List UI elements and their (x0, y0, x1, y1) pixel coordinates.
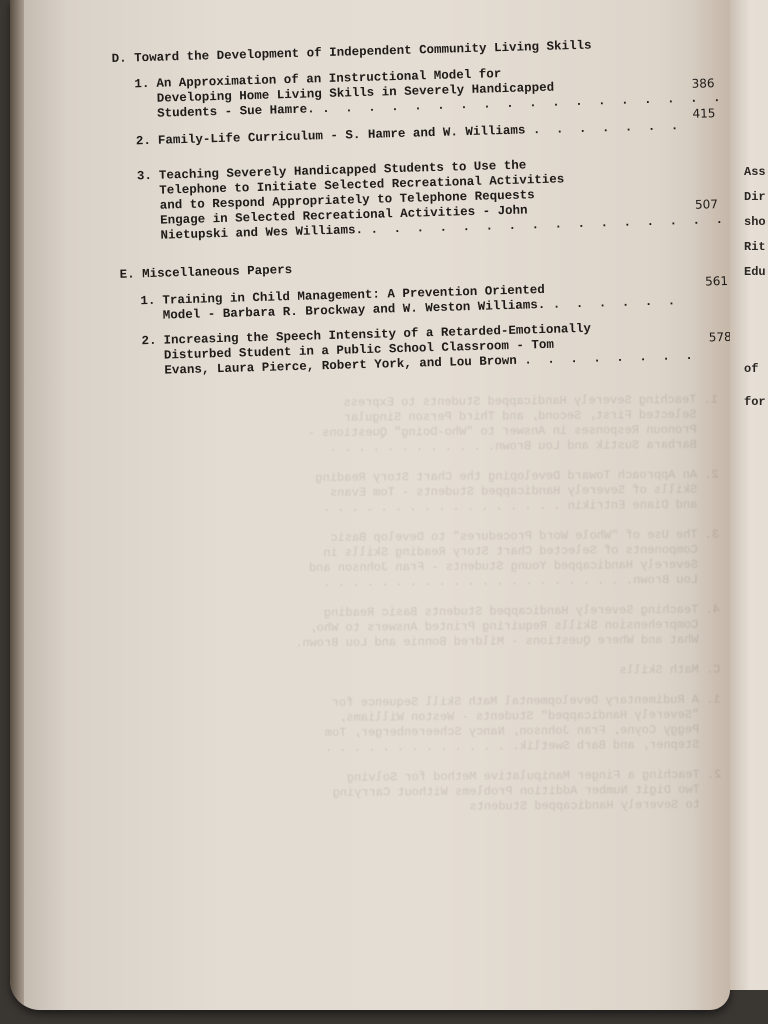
page-number: 507 (695, 197, 718, 213)
page-number: 415 (692, 106, 715, 122)
toc-entry: 2. Increasing the Speech Intensity of a … (141, 318, 730, 379)
toc-entry: 2. Family-Life Curriculum - S. Hamre and… (136, 118, 716, 149)
toc-entry: 1. Training in Child Management: A Preve… (140, 278, 729, 324)
page-number: 578 (709, 330, 730, 346)
toc-entry: 3. Teaching Severely Handicapped Student… (137, 153, 719, 244)
table-of-contents: D. Toward the Development of Independent… (110, 0, 730, 400)
page-number: 561 (705, 274, 728, 290)
facing-page-edge: Ass Dir sho Rit Edu of for (730, 0, 768, 990)
page-number: 386 (691, 76, 714, 92)
section-heading-e: E. Miscellaneous Papers (119, 263, 292, 283)
document-page: 1. Teaching Severely Handicapped Student… (10, 0, 730, 1010)
toc-entry: 1. An Approximation of an Instructional … (134, 61, 715, 122)
bleed-through-text: 1. Teaching Severely Handicapped Student… (158, 393, 722, 868)
section-heading-d: D. Toward the Development of Independent… (111, 39, 591, 67)
